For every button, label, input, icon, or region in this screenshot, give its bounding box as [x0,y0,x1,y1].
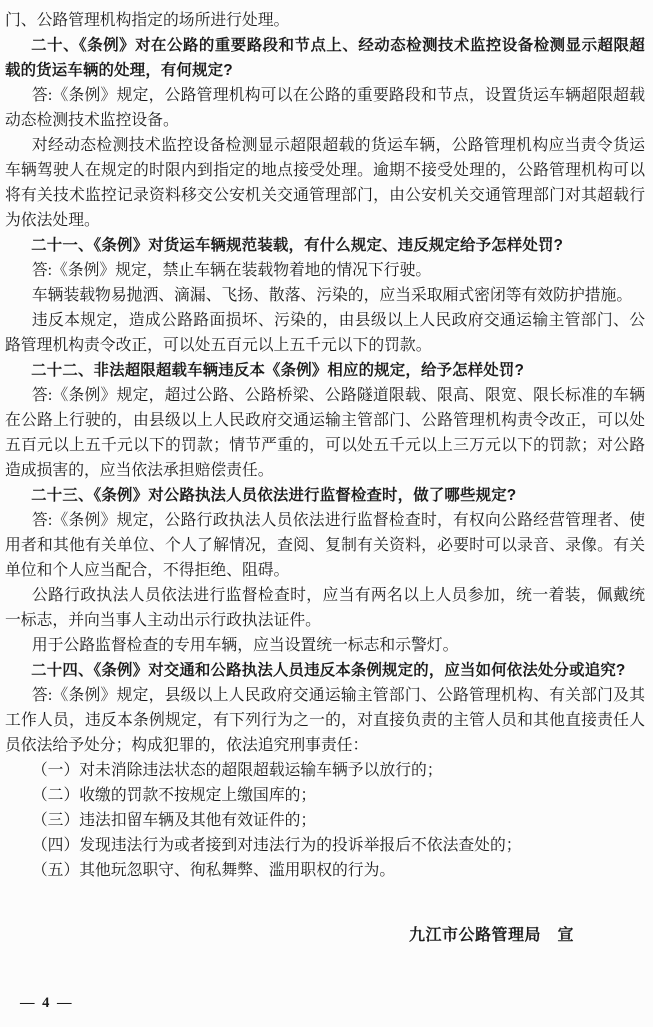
body-paragraph: 公路行政执法人员依法进行监督检查时，应当有两名以上人员参加，统一着装，佩戴统一标… [5,583,645,633]
answer-paragraph: 答:《条例》规定，公路管理机构可以在公路的重要路段和节点，设置货运车辆超限超载动… [5,83,645,133]
list-item-4: （四）发现违法行为或者接到对违法行为的投诉举报后不依法查处的； [5,833,645,858]
body-paragraph: 违反本规定，造成公路路面损坏、污染的，由县级以上人民政府交通运输主管部门、公路管… [5,308,645,358]
page-number: — 4 — [20,995,74,1012]
list-item-2: （二）收缴的罚款不按规定上缴国库的； [5,783,645,808]
question-heading-22: 二十二、非法超限超载车辆违反本《条例》相应的规定，给予怎样处罚? [5,358,645,383]
signature-line: 九江市公路管理局 宣 [5,923,645,948]
body-paragraph: 用于公路监督检查的专用车辆，应当设置统一标志和示警灯。 [5,633,645,658]
question-heading-20: 二十、《条例》对在公路的重要路段和节点上、经动态检测技术监控设备检测显示超限超载… [5,33,645,83]
scanned-document-page: 门、公路管理机构指定的场所进行处理。 二十、《条例》对在公路的重要路段和节点上、… [0,0,653,1027]
answer-paragraph: 答:《条例》规定，超过公路、公路桥梁、公路隧道限载、限高、限宽、限长标准的车辆在… [5,383,645,483]
list-item-5: （五）其他玩忽职守、徇私舞弊、滥用职权的行为。 [5,858,645,883]
list-item-1: （一）对未消除违法状态的超限超载运输车辆予以放行的； [5,758,645,783]
answer-paragraph: 答:《条例》规定，公路行政执法人员依法进行监督检查时，有权向公路经营管理者、使用… [5,508,645,583]
question-heading-23: 二十三、《条例》对公路执法人员依法进行监督检查时，做了哪些规定? [5,483,645,508]
question-heading-21: 二十一、《条例》对货运车辆规范装载，有什么规定、违反规定给予怎样处罚? [5,233,645,258]
text-flow: 门、公路管理机构指定的场所进行处理。 二十、《条例》对在公路的重要路段和节点上、… [5,8,645,948]
question-heading-24: 二十四、《条例》对交通和公路执法人员违反本条例规定的，应当如何依法处分或追究? [5,658,645,683]
body-paragraph-continuation: 门、公路管理机构指定的场所进行处理。 [5,8,645,33]
body-paragraph: 对经动态检测技术监控设备检测显示超限超载的货运车辆，公路管理机构应当责令货运车辆… [5,133,645,233]
answer-paragraph: 答:《条例》规定，禁止车辆在装载物着地的情况下行驶。 [5,258,645,283]
answer-paragraph: 答:《条例》规定，县级以上人民政府交通运输主管部门、公路管理机构、有关部门及其工… [5,683,645,758]
body-paragraph: 车辆装载物易抛洒、滴漏、飞扬、散落、污染的，应当采取厢式密闭等有效防护措施。 [5,283,645,308]
list-item-3: （三）违法扣留车辆及其他有效证件的； [5,808,645,833]
